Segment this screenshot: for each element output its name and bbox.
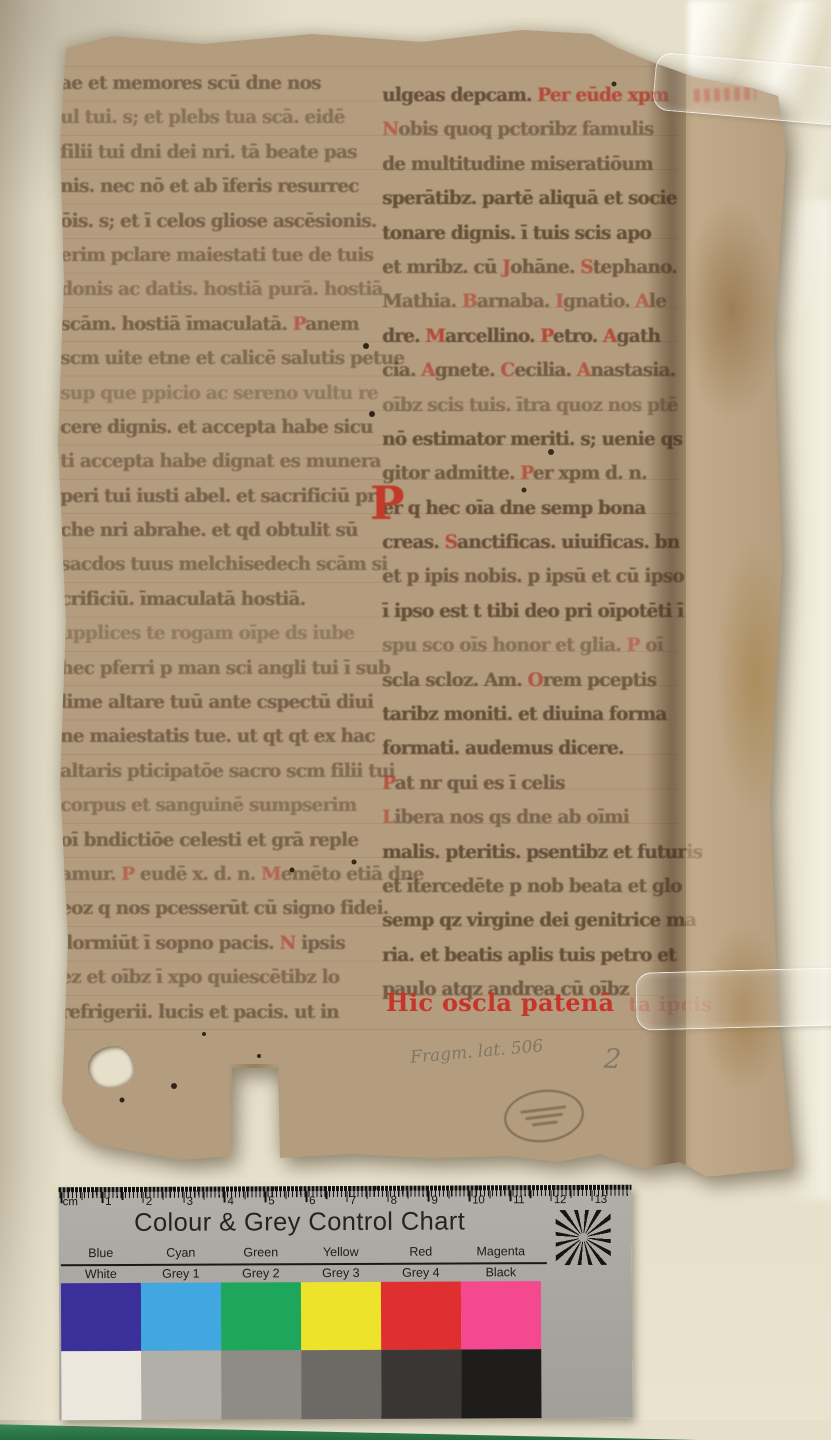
manuscript-text-line: sperātibz. partē aliquā et socie (382, 181, 646, 215)
rubric-segment: O (527, 669, 542, 691)
ruler-cm-tick (142, 1192, 144, 1203)
manuscript-text-line: filii tui dni dei nri. tā beate pas (60, 135, 368, 169)
ruler-number: 8 (391, 1195, 397, 1207)
manuscript-text-line: corpus et sanguinē sumpserim (60, 788, 368, 822)
ink-segment: ria. et beatis aplis tuis petro et (382, 944, 676, 966)
label-grey-3: Grey 3 (301, 1266, 381, 1280)
manuscript-text-line: sup que ppicio ac sereno vultu re (60, 376, 368, 410)
large-red-initial: P (370, 480, 405, 526)
ruler-half-cm-tick (81, 1192, 82, 1200)
manuscript-text-line: dormiūt ī sopno pacis. N ipsis (60, 926, 368, 960)
ink-segment: creas. (382, 531, 444, 553)
chart-title: Colour & Grey Control Chart (59, 1207, 541, 1238)
ruler-half-cm-tick (163, 1192, 164, 1200)
patch-green (221, 1282, 301, 1350)
ink-segment: amur. (60, 863, 121, 885)
ink-segment: taribz moniti. et diuina forma (382, 703, 666, 725)
label-yellow: Yellow (301, 1245, 381, 1259)
ink-segment: tonare dignis. ī tuis scis apo (382, 222, 651, 244)
ink-segment: altaris pticipatōe sacro scm filii tui (60, 760, 395, 782)
patch-yellow (301, 1282, 381, 1350)
patch-grey-1 (141, 1351, 221, 1420)
ruler-cm-tick (591, 1190, 593, 1201)
ruler-half-cm-tick (244, 1191, 245, 1199)
manuscript-text-line: altaris pticipatōe sacro scm filii tui (60, 754, 368, 788)
manuscript-text-line: ne maiestatis tue. ut qt qt ex hac (60, 719, 368, 753)
ink-segment: de multitudine miseratiōum (382, 153, 653, 175)
manuscript-text-line: donis ac datis. hostiā purā. hostiā (60, 272, 368, 306)
ruler-cm-tick (469, 1190, 471, 1201)
manuscript-text-line: Mathia. Barnaba. Ignatio. Ale (382, 284, 646, 318)
manuscript-text-line: ria. et beatis aplis tuis petro et (382, 938, 646, 972)
ruler-number: 6 (309, 1195, 315, 1207)
ink-segment: nis. nec nō et ab īferis resurrec (60, 175, 359, 197)
ink-segment: oī bndictiōe celesti et grā reple (60, 829, 358, 851)
manuscript-text-line: dre. Marcellino. Petro. Agath (382, 319, 646, 353)
ruler-unit-label: cm (63, 1196, 78, 1208)
label-cyan: Cyan (141, 1246, 221, 1260)
rubric-segment: N (279, 932, 295, 954)
manuscript-text-line: nō estimator meriti. s; uenie qs (382, 422, 646, 456)
ruler-half-cm-tick (326, 1191, 327, 1199)
ruler-cm-tick (183, 1192, 185, 1203)
patch-grey-2 (221, 1350, 301, 1419)
ruler-half-cm-tick (530, 1190, 531, 1198)
ink-segment: refrigerii. lucis et pacis. ut in (60, 1001, 339, 1023)
ruler-number: 3 (187, 1196, 193, 1208)
rubric-segment: A (421, 359, 435, 381)
ruler-cm-tick (346, 1191, 348, 1202)
ink-segment: er q hec oīa dne semp bona (382, 497, 645, 519)
ruler-half-cm-tick (122, 1192, 123, 1200)
label-black: Black (461, 1265, 541, 1279)
rubric-segment: P (540, 325, 553, 347)
manuscript-text-line: de multitudine miseratiōum (382, 147, 646, 181)
ink-segment: sacdos tuus melchisedech scām si (60, 553, 387, 575)
rubric-segment: C (500, 359, 514, 381)
ink-segment: arnaba. (477, 290, 555, 312)
ruler-number: 13 (595, 1194, 607, 1206)
ruler-number: 1 (105, 1196, 111, 1208)
color-label-row: BlueCyanGreenYellowRedMagenta (61, 1244, 541, 1260)
manuscript-text-line: oībz scis tuis. ītra quoz nos ptē (382, 388, 646, 422)
cut-notch-shading (226, 1064, 282, 1160)
manuscript-text-line: ī ipso est t tibi deo pri oīpotēti ī (382, 594, 646, 628)
ruler-cm-tick (306, 1191, 308, 1202)
rubric-segment: P (626, 634, 639, 656)
library-stamp (501, 1085, 587, 1146)
patch-red (381, 1281, 461, 1349)
ink-segment: scām. hostiā īmaculatā. (60, 313, 292, 335)
ink-segment: che nri abrahe. et qd obtulit sū (60, 519, 358, 541)
ink-segment: ī ipso est t tibi deo pri oīpotēti ī (382, 600, 683, 622)
manuscript-text-line: Libera nos qs dne ab oīmi (382, 800, 646, 834)
ink-segment: formati. audemus dicere. (382, 737, 623, 759)
pencil-folio-number: 2 (603, 1043, 622, 1075)
manuscript-text-line: semp qz virgine dei genitrice ma (382, 903, 646, 937)
ink-segment: at nr qui es ī celis (395, 772, 565, 794)
label-white: White (61, 1267, 141, 1281)
manuscript-text-line: tonare dignis. ī tuis scis apo (382, 216, 646, 250)
rubric-segment: A (603, 325, 617, 347)
rubric-segment: J (502, 256, 510, 278)
ink-segment: dormiūt ī sopno pacis. (60, 932, 279, 954)
ink-segment: et mribz. cū (382, 256, 502, 278)
manuscript-text-line: che nri abrahe. et qd obtulit sū (60, 513, 368, 547)
ink-segment: et p ipis nobis. p ipsū et cū ipso (382, 565, 684, 587)
ruler-cm-tick (224, 1192, 226, 1203)
ink-segment: sup que ppicio ac sereno vultu re (60, 382, 378, 404)
manuscript-text-line: lime altare tuū ante cspectū diui (60, 685, 368, 719)
manuscript-right-column: ulgeas depcam. Per eūde xpmNobis quoq pc… (382, 78, 654, 1007)
ink-segment: ez et oībz ī xpo quiescētibz lo (60, 966, 339, 988)
ink-segment: nō estimator meriti. s; uenie qs (382, 428, 682, 450)
ink-segment: scm uite etne et calicē salutis petue (60, 347, 404, 369)
manuscript-text-line: Nobis quoq pctoribz famulis (382, 112, 646, 146)
ink-segment: ōis. s; et ī celos gliose ascēsionis. (60, 210, 376, 232)
rubric-segment: A (577, 359, 591, 381)
ink-segment: hec pferri p man sci angli tui ī sub (60, 657, 390, 679)
ink-segment: filii tui dni dei nri. tā beate pas (60, 141, 356, 163)
patch-cyan (141, 1283, 221, 1351)
ink-segment: erim pclare maiestati tue de tuis (60, 244, 373, 266)
ink-segment: sperātibz. partē aliquā et socie (382, 187, 677, 209)
ruler-half-cm-tick (367, 1191, 368, 1199)
ruler-half-cm-tick (489, 1190, 490, 1198)
ruler-cm-tick (428, 1191, 430, 1202)
grey-label-row: WhiteGrey 1Grey 2Grey 3Grey 4Black (61, 1265, 541, 1281)
ruler-half-cm-tick (204, 1192, 205, 1200)
ink-segment: etro. (553, 325, 603, 347)
ink-segment: donis ac datis. hostiā purā. hostiā (60, 278, 383, 300)
ruler-number: 11 (513, 1194, 524, 1206)
manuscript-text-line: ae et memores scū dne nos (60, 66, 368, 100)
manuscript-text-line: formati. audemus dicere. (382, 731, 646, 765)
ruler-cm-tick (61, 1192, 63, 1203)
patch-black (461, 1349, 541, 1418)
ink-segment: rem pceptis (543, 669, 656, 691)
manuscript-text-line: et mribz. cū Johāne. Stephano. (382, 250, 646, 284)
ink-segment: eudē x. d. n. (134, 863, 261, 885)
manuscript-text-line: refrigerii. lucis et pacis. ut in (60, 995, 368, 1029)
rubric-segment: M (261, 863, 281, 885)
ruler-half-cm-tick (408, 1191, 409, 1199)
manuscript-text-line: creas. Sanctificas. uiuificas. bn (382, 525, 646, 559)
ink-segment: ae et memores scū dne nos (60, 72, 321, 94)
rubric-segment: S (580, 256, 593, 278)
ink-segment: ibera nos qs dne ab oīmi (394, 806, 629, 828)
patch-magenta (461, 1281, 541, 1349)
manuscript-text-line: malis. pteritis. psentibz et futuris (382, 835, 646, 869)
label-green: Green (221, 1245, 301, 1259)
manuscript-text-line: scla scloz. Am. Orem pceptis (382, 663, 646, 697)
patch-grey-4 (381, 1349, 461, 1418)
manuscript-text-line: nis. nec nō et ab īferis resurrec (60, 169, 368, 203)
manuscript-text-line: upplices te rogam oīpe ds iube (60, 616, 368, 650)
ink-segment: er xpm d. n. (533, 462, 647, 484)
ink-segment: anem (305, 313, 358, 335)
ruler-half-cm-tick (571, 1190, 572, 1198)
ruler-cm-tick (550, 1190, 552, 1201)
manuscript-text-line: taribz moniti. et diuina forma (382, 697, 646, 731)
grey-patch-row (61, 1349, 541, 1420)
manuscript-text-line: et p ipis nobis. p ipsū et cū ipso (382, 559, 646, 593)
ink-segment: arcellino. (445, 325, 540, 347)
ink-segment: crificiū. īmaculatā hostiā. (60, 588, 305, 610)
ruler-cm-tick (510, 1190, 512, 1201)
manuscript-text-line: erim pclare maiestati tue de tuis (60, 238, 368, 272)
color-patch-row (61, 1281, 541, 1351)
ink-segment: ipsis (295, 932, 344, 954)
ink-segment: cere dignis. et accepta habe sicu (60, 416, 372, 438)
ink-segment: ohāne. (510, 256, 580, 278)
label-grey-2: Grey 2 (221, 1266, 301, 1280)
ruler-half-cm-tick (285, 1191, 286, 1199)
color-control-chart: cm 12345678910111213 Colour & Grey Contr… (58, 1185, 632, 1420)
rubric-segment: P (382, 772, 395, 794)
ruler-cm-tick (387, 1191, 389, 1202)
ruler-cm-tick (102, 1192, 104, 1203)
rubric-segment: P (292, 313, 305, 335)
digitized-manuscript-photo: { "photo": { "background_color": "#e6e0c… (0, 0, 831, 1440)
ink-segment: eoz q nos pcesserūt cū signo fidei. (60, 897, 388, 919)
ruler-number: 5 (268, 1195, 274, 1207)
manuscript-text-line: peri tui iusti abel. et sacrificiū pri (60, 479, 368, 513)
manuscript-text-line: ōis. s; et ī celos gliose ascēsionis. (60, 204, 368, 238)
ink-segment: spu sco oīs honor et glia. (382, 634, 626, 656)
ink-segment: peri tui iusti abel. et sacrificiū pri (60, 485, 382, 507)
manuscript-text-line: et ītercedēte p nob beata et glo (382, 869, 646, 903)
patch-white (61, 1351, 141, 1420)
ink-segment: obis quoq pctoribz famulis (398, 118, 653, 140)
manuscript-text-line: cia. Agnete. Cecilia. Anastasia. (382, 353, 646, 387)
plastic-weight-strip-bottom (635, 967, 831, 1030)
green-table-edge (0, 1421, 831, 1440)
ink-segment: Mathia. (382, 290, 462, 312)
ruler-number: 9 (431, 1195, 437, 1207)
ink-segment: gnete. (435, 359, 501, 381)
manuscript-text-line: amur. P eudē x. d. n. Memēto etiā dne (60, 857, 368, 891)
wormholes (52, 22, 56, 26)
manuscript-text-line: er q hec oīa dne semp bona (382, 491, 646, 525)
rubric-segment: I (555, 290, 563, 312)
manuscript-text-line: crificiū. īmaculatā hostiā. (60, 582, 368, 616)
ink-segment: corpus et sanguinē sumpserim (60, 794, 356, 816)
ink-segment: et ītercedēte p nob beata et glo (382, 875, 682, 897)
ink-segment: dre. (382, 325, 425, 347)
rubric-segment: M (425, 325, 445, 347)
manuscript-text-line: cere dignis. et accepta habe sicu (60, 410, 368, 444)
ruler-number: 7 (350, 1195, 356, 1207)
manuscript-text-line: ez et oībz ī xpo quiescētibz lo (60, 960, 368, 994)
manuscript-text-line: ulgeas depcam. Per eūde xpm (382, 78, 646, 112)
ink-segment: ecilia. (514, 359, 577, 381)
patch-grey-3 (301, 1350, 381, 1419)
manuscript-text-line: gitor admitte. Per xpm d. n. (382, 456, 646, 490)
manuscript-text-line: spu sco oīs honor et glia. P oī (382, 628, 646, 662)
siemens-star-icon (556, 1210, 611, 1265)
manuscript-text-line: sacdos tuus melchisedech scām si (60, 547, 368, 581)
ruler-number: 4 (227, 1195, 233, 1207)
manuscript-text-line: ti accepta habe dignat es munera (60, 444, 368, 478)
manuscript-text-line: oī bndictiōe celesti et grā reple (60, 823, 368, 857)
ruler-half-cm-tick (448, 1191, 449, 1199)
ink-segment: cia. (382, 359, 421, 381)
rubric-segment: L (382, 806, 394, 828)
bottom-rubric-text: Hic oscla patenā (386, 988, 614, 1017)
ink-segment: ti accepta habe dignat es munera (60, 450, 381, 472)
label-magenta: Magenta (461, 1244, 541, 1258)
rubric-segment: N (382, 118, 398, 140)
ink-segment: oībz scis tuis. ītra quoz nos ptē (382, 394, 678, 416)
rubric-segment: P (121, 863, 134, 885)
ink-segment: upplices te rogam oīpe ds iube (60, 622, 354, 644)
manuscript-text-line: scām. hostiā īmaculatā. Panem (60, 307, 368, 341)
manuscript-text-line: Pat nr qui es ī celis (382, 766, 646, 800)
label-red: Red (381, 1244, 461, 1258)
rubric-segment: S (444, 531, 457, 553)
ruler-number: 2 (146, 1196, 152, 1208)
manuscript-text-line: ul tui. s; et plebs tua scā. eidē (60, 100, 368, 134)
ruler-number: 10 (472, 1194, 484, 1206)
label-grey-4: Grey 4 (381, 1265, 461, 1279)
manuscript-text-line: scm uite etne et calicē salutis petue (60, 341, 368, 375)
ink-segment: scla scloz. Am. (382, 669, 527, 691)
manuscript-left-column: ae et memores scū dne nosul tui. s; et p… (60, 66, 378, 1029)
rubric-segment: B (462, 290, 477, 312)
ruler-number: 12 (554, 1194, 566, 1206)
patch-blue (61, 1283, 141, 1351)
ink-segment: lime altare tuū ante cspectū diui (60, 691, 373, 713)
ruler-cm-tick (265, 1191, 267, 1202)
label-grey-1: Grey 1 (141, 1267, 221, 1281)
rubric-segment: P (520, 462, 533, 484)
ink-segment: gnatio. (563, 290, 635, 312)
manuscript-text-line: eoz q nos pcesserūt cū signo fidei. (60, 891, 368, 925)
label-blue: Blue (61, 1246, 141, 1260)
ink-segment: ne maiestatis tue. ut qt qt ex hac (60, 725, 375, 747)
manuscript-text-line: hec pferri p man sci angli tui ī sub (60, 651, 368, 685)
ink-segment: ul tui. s; et plebs tua scā. eidē (60, 106, 344, 128)
ink-segment: ulgeas depcam. (382, 84, 537, 106)
parchment-hole (88, 1046, 134, 1088)
